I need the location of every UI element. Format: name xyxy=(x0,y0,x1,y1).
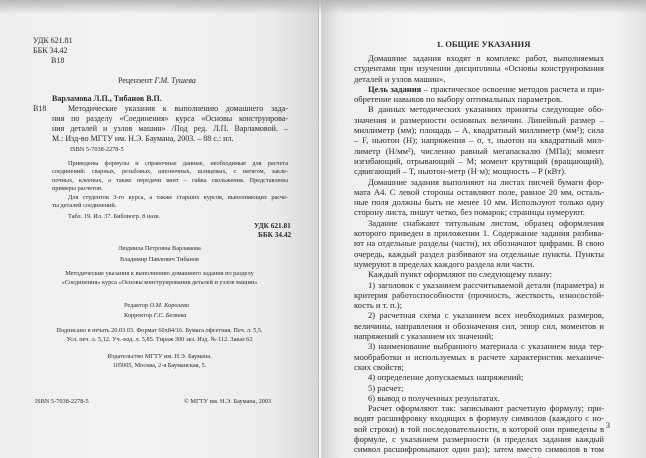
paragraph-calculation: Расчет оформляют так: записывают расчетн… xyxy=(354,403,604,458)
left-page: УДК 621.81 ББК 34.42 В18 Рецензент Г.М. … xyxy=(0,0,319,458)
paragraph-1: Домашние задания входят в комплекс работ… xyxy=(354,53,604,84)
list-item-5: 5) расчет; xyxy=(354,383,604,393)
bbk-code-2: ББК 34.42 xyxy=(258,230,291,240)
section-heading: 1. ОБЩИЕ УКАЗАНИЯ xyxy=(321,39,646,49)
entry-code: В18 xyxy=(33,104,46,114)
paragraph-title-sheet: Задание снабжают титульным листом, образ… xyxy=(354,218,604,269)
author-full-1: Людмила Петровна Варламова xyxy=(0,245,319,253)
editor: Редактор О.М. Королева xyxy=(124,302,189,310)
list-item-4: 4) определение допускаемых напряжений; xyxy=(354,372,604,382)
corrector: Корректор Г.С. Беляева xyxy=(124,312,186,320)
print-info-2: Усл. печ. л. 5,12. Уч.-изд. л. 5,85. Тир… xyxy=(0,336,319,344)
right-page: 1. ОБЩИЕ УКАЗАНИЯ Домашние задания входя… xyxy=(321,0,646,458)
paragraph-units: В данных методических указаниях приняты … xyxy=(354,104,604,176)
udk-code: УДК 621.81 xyxy=(33,36,73,46)
right-page-body: Домашние задания входят в комплекс работ… xyxy=(354,53,604,458)
audience: Для студентов 3-го курса, а также старши… xyxy=(52,194,288,211)
publisher-address: 105005, Москва, 2-я Бауманская, 5. xyxy=(0,362,319,370)
paragraph-plan: Каждый пункт оформляют по следующему пла… xyxy=(354,269,604,279)
list-item-2: 2) расчетная схема с указанием всех необ… xyxy=(354,310,604,341)
paragraph-goal: Цель задания – практическое освоение мет… xyxy=(354,84,604,105)
isbn-top: ISBN 5-7038-2278-5 xyxy=(70,146,124,154)
paragraph-format: Домашние задания выполняют на листах пис… xyxy=(354,177,604,218)
copyright: © МГТУ им. Н.Э. Баумана, 2003 xyxy=(184,398,271,406)
list-item-3: 3) наименование выбранного материала с у… xyxy=(354,341,604,372)
isbn-bottom: ISBN 5-7038-2278-5 xyxy=(35,398,89,406)
abstract: Приведены формулы и справочные данные, н… xyxy=(52,160,288,193)
full-title-line-1: Методические указания к выполнению домаш… xyxy=(0,270,319,278)
bibliographic-title: Методические указания к выполнению домаш… xyxy=(52,104,288,144)
full-title-line-2: «Соединения» курса «Основы конструирован… xyxy=(0,279,319,287)
page-number: 3 xyxy=(606,421,610,431)
print-info-1: Подписано в печать 20.03.03. Формат 60х8… xyxy=(0,327,319,335)
publisher: Издательство МГТУ им. Н.Э. Баумана. xyxy=(0,353,319,361)
author-mark: В18 xyxy=(51,56,64,66)
stats: Табл. 19. Ил. 37. Библиогр. 8 назв. xyxy=(68,213,160,221)
author-full-2: Владимир Павлович Тибанов xyxy=(0,256,319,264)
top-shadow xyxy=(0,0,646,14)
reviewer: Рецензент Г.М. Тушева xyxy=(118,76,196,86)
bbk-code: ББК 34.42 xyxy=(33,46,68,56)
authors: Варламова Л.П., Тибанов В.П. xyxy=(52,94,162,104)
list-item-6: 6) вывод о полученных результатах. xyxy=(354,393,604,403)
list-item-1: 1) заголовок с указанием рассчитываемой … xyxy=(354,280,604,311)
